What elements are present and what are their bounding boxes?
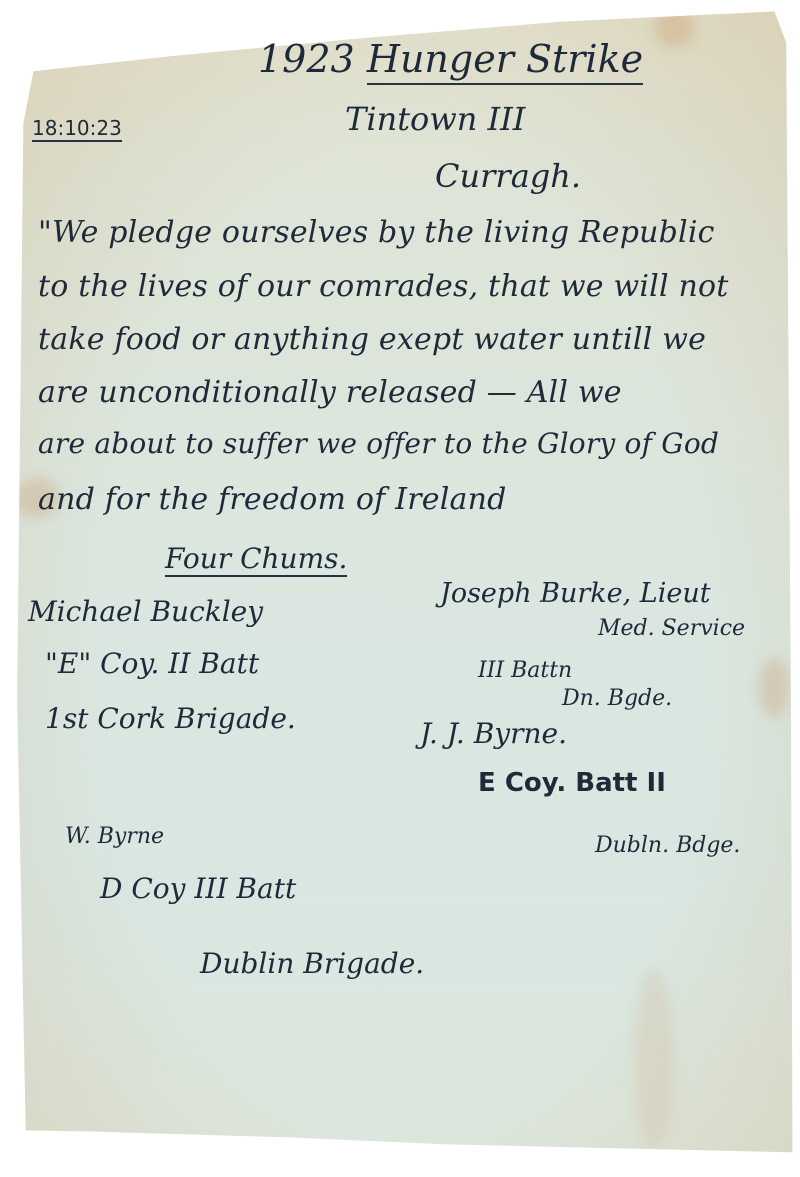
title-year: 1923	[258, 37, 355, 81]
pledge-line: and for the freedom of Ireland	[38, 485, 507, 515]
signatory-unit: Dublin Brigade.	[200, 950, 424, 978]
pledge-line: "We pledge ourselves by the living Repub…	[38, 218, 715, 248]
pledge-line: to the lives of our comrades, that we wi…	[38, 272, 729, 302]
pledge-line: take food or anything exept water untill…	[38, 325, 706, 355]
document-date: 18:10:23	[32, 118, 122, 142]
signatory-name: Michael Buckley	[28, 598, 263, 626]
signatory-unit: Dn. Bgde.	[562, 688, 672, 710]
title-text: Hunger Strike	[367, 37, 643, 85]
signatory-name: Joseph Burke, Lieut	[440, 580, 711, 607]
signatory-unit: "E" Coy. II Batt	[45, 650, 259, 678]
paper-stain	[759, 658, 789, 718]
pledge-line: are unconditionally released — All we	[38, 378, 622, 408]
camp-name: Tintown III	[345, 103, 525, 135]
paper-stain	[634, 968, 674, 1148]
pledge-line: are about to suffer we offer to the Glor…	[38, 430, 719, 458]
signatory-unit: 1st Cork Brigade.	[45, 705, 296, 733]
group-heading: Four Chums.	[165, 545, 347, 577]
signatory-unit: E Coy. Batt II	[478, 770, 666, 796]
signatory-unit: III Battn	[478, 660, 572, 682]
signatory-unit: D Coy III Batt	[100, 875, 296, 903]
signatory-name: W. Byrne	[65, 826, 164, 848]
paper-stain	[654, 8, 694, 48]
signatory-name: J. J. Byrne.	[420, 720, 567, 748]
signatory-unit: Med. Service	[598, 618, 745, 640]
document-title: 1923 Hunger Strike	[258, 40, 643, 78]
signatory-unit: Dubln. Bdge.	[595, 835, 740, 857]
place-name: Curragh.	[435, 160, 581, 192]
